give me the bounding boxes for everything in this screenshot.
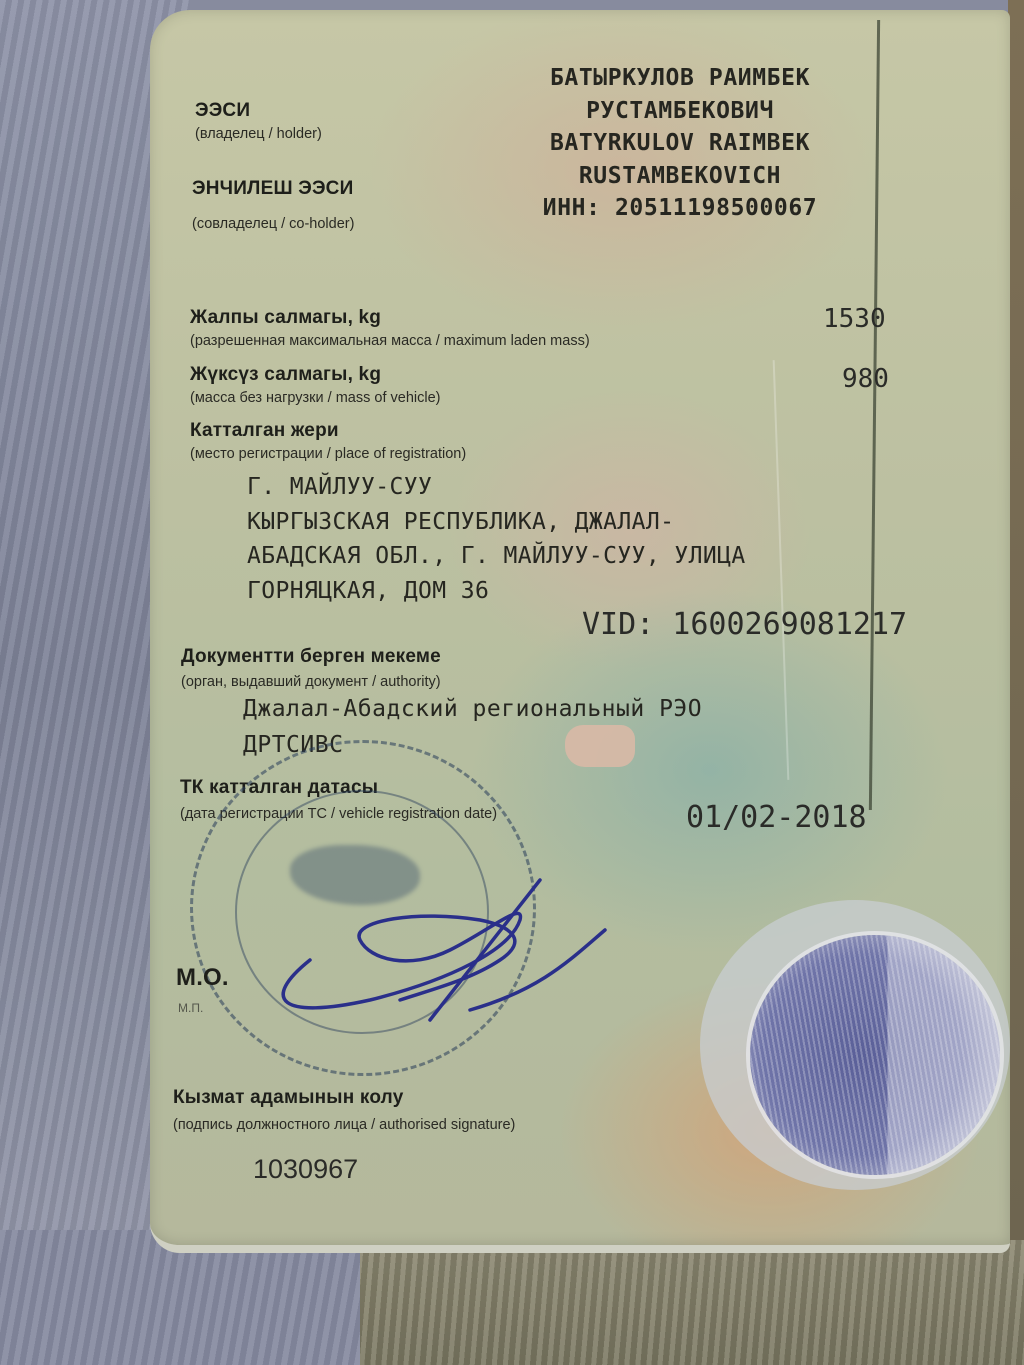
owner-name-block: БАТЫРКУЛОВ РАИМБЕК РУСТАМБЕКОВИЧ BATYRKU… <box>470 62 890 225</box>
owner-label: ЭЭСИ <box>195 100 250 122</box>
peeled-laminate-spot <box>565 725 635 767</box>
signature-scribble <box>250 860 630 1030</box>
signature-sublabel: (подпись должностного лица / authorised … <box>173 1117 515 1133</box>
serial-number: 1030967 <box>253 1154 358 1185</box>
registration-date-value: 01/02-2018 <box>686 800 867 835</box>
signature-label: Кызмат адамынын колу <box>173 1087 403 1109</box>
address-line: Г. МАЙЛУУ-СУУ <box>247 470 746 505</box>
owner-name-line: РУСТАМБЕКОВИЧ <box>470 95 890 128</box>
registration-address: Г. МАЙЛУУ-СУУ КЫРГЫЗСКАЯ РЕСПУБЛИКА, ДЖА… <box>247 470 746 608</box>
authority-sublabel: (орган, выдавший документ / authority) <box>181 674 441 690</box>
authority-label: Документти берген мекеме <box>181 646 441 668</box>
max-mass-label: Жалпы салмагы, kg <box>190 307 381 329</box>
vehicle-mass-value: 980 <box>842 364 889 394</box>
vehicle-mass-label: Жүксүз салмагы, kg <box>190 364 381 386</box>
owner-name-line: RUSTAMBEKOVICH <box>470 160 890 193</box>
registration-place-label: Катталган жери <box>190 420 339 442</box>
address-line: КЫРГЫЗСКАЯ РЕСПУБЛИКА, ДЖАЛАЛ- <box>247 505 746 540</box>
vid-number: VID: 1600269081217 <box>582 607 907 642</box>
owner-name-line: BATYRKULOV RAIMBEK <box>470 127 890 160</box>
authority-name: Джалал-Абадский региональный РЭО <box>243 696 702 722</box>
address-line: ГОРНЯЦКАЯ, ДОМ 36 <box>247 574 746 609</box>
max-mass-value: 1530 <box>823 304 886 334</box>
owner-tax-id: ИНН: 20511198500067 <box>470 192 890 225</box>
registration-place-sublabel: (место регистрации / place of registrati… <box>190 446 466 462</box>
address-line: АБАДСКАЯ ОБЛ., Г. МАЙЛУУ-СУУ, УЛИЦА <box>247 539 746 574</box>
seal-place-sublabel: М.П. <box>178 1001 203 1015</box>
max-mass-sublabel: (разрешенная максимальная масса / maximu… <box>190 333 590 349</box>
hologram-security-sticker <box>750 935 1000 1175</box>
owner-sublabel: (владелец / holder) <box>195 126 322 142</box>
seal-place-label: М.О. <box>176 964 229 992</box>
background-surface-right <box>1008 0 1024 1240</box>
vehicle-mass-sublabel: (масса без нагрузки / mass of vehicle) <box>190 390 440 406</box>
co-owner-sublabel: (совладелец / co-holder) <box>192 216 354 232</box>
owner-name-line: БАТЫРКУЛОВ РАИМБЕК <box>470 62 890 95</box>
co-owner-label: ЭНЧИЛЕШ ЭЭСИ <box>192 178 353 200</box>
